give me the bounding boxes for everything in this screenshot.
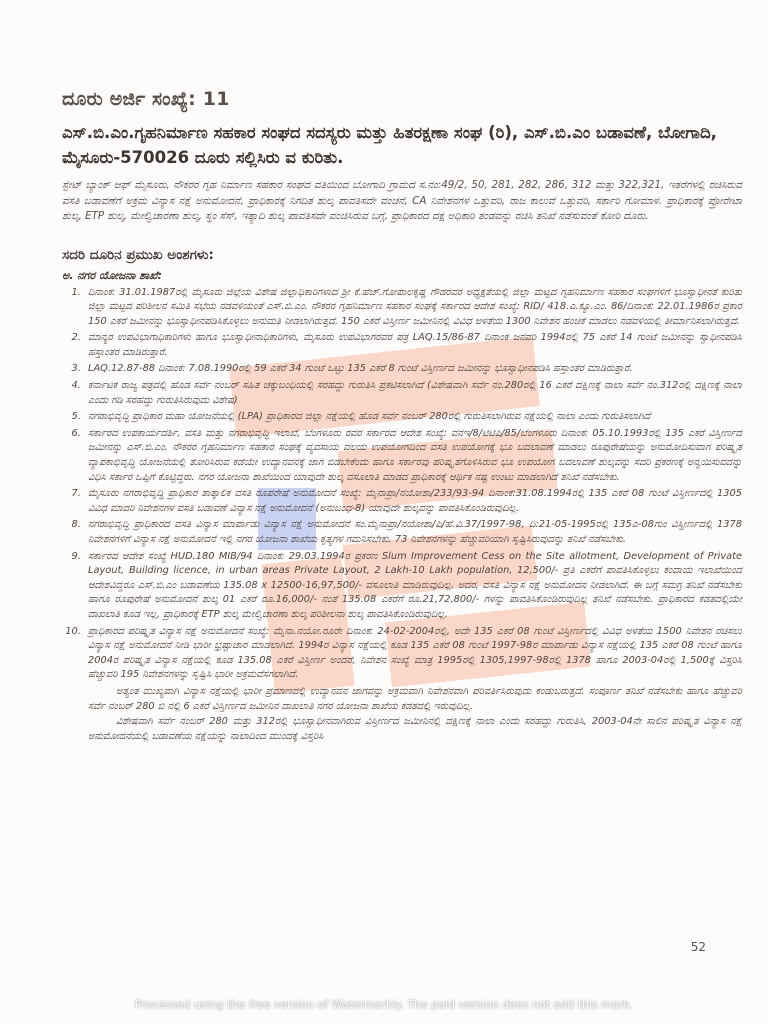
list-item: ಸರ್ಕಾರದ ಉಪಕಾರ್ಯದರ್ಶಿ, ವಸತಿ ಮತ್ತು ನಗರಾಭಿವ… (84, 427, 742, 485)
list-item: ಕರ್ನಾಟಕ ರಾಜ್ಯ ಪತ್ರದಲ್ಲಿ ಹೊಡ ಸರ್ವೆ ನಂಬರ್ … (84, 379, 742, 408)
complaint-summary: ಸ್ಟೇಟ್ ಬ್ಯಾಂಕ್ ಆಫ್ ಮೈಸೂರು, ನೌಕರರ ಗೃಹ ನಿರ… (62, 178, 742, 225)
list-item: ಮೈಸೂರು ನಗರಾಭಿವೃದ್ಧಿ ಪ್ರಾಧಿಕಾರ ತಾತ್ಕಾಲಿಕ … (84, 487, 742, 516)
list-item: ಮಾನ್ಯರ ಉಪವಿಭಾಗಾಧಿಕಾರಿಗಳು ಹಾಗೂ ಭೂಸ್ವಾಧೀನಾ… (84, 331, 742, 360)
document-page: ದೂರು ಅರ್ಜಿ ಸಂಖ್ಯೆ: 11 ಎಸ್.ಬಿ.ಎಂ.ಗೃಹನಿರ್ಮ… (0, 0, 768, 1024)
points-list: ದಿನಾಂಕ: 31.01.1987ರಲ್ಲಿ ಮೈಸೂರು ಜಿಲ್ಲೆಯ ವ… (62, 286, 742, 683)
complaint-subject: ಎಸ್.ಬಿ.ಎಂ.ಗೃಹನಿರ್ಮಾಣ ಸಹಕಾರ ಸಂಘದ ಸದಸ್ಯರು … (62, 120, 742, 170)
list-item: ದಿನಾಂಕ: 31.01.1987ರಲ್ಲಿ ಮೈಸೂರು ಜಿಲ್ಲೆಯ ವ… (84, 286, 742, 330)
body-paragraph: ಅತ್ಯಂತ ಮುಖ್ಯವಾಗಿ ವಿನ್ಯಾಸ ನಕ್ಷೆಯಲ್ಲಿ ಭಾರೀ… (88, 685, 742, 714)
section-title: ಸದರಿ ದೂರಿನ ಪ್ರಮುಖ ಅಂಶಗಳು: (62, 247, 742, 263)
list-item: ನಗರಾಭಿವೃದ್ಧಿ ಪ್ರಾಧಿಕಾರದ ವಸತಿ ವಿನ್ಯಾಸ ಮಾರ… (84, 518, 742, 547)
list-item: LAQ.12.87-88 ದಿನಾಂಕ: 7.08.1990ರಲ್ಲಿ 59 ಎ… (84, 362, 742, 377)
complaint-number-heading: ದೂರು ಅರ್ಜಿ ಸಂಖ್ಯೆ: 11 (62, 88, 742, 110)
body-paragraph: ವಿಶೇಷವಾಗಿ ಸರ್ವೆ ನಂಬರ್ 280 ಮತ್ತು 312ರಲ್ಲಿ… (88, 715, 742, 744)
list-item: ನಗರಾಭಿವೃದ್ಧಿ ಪ್ರಾಧಿಕಾರ ಮಹಾ ಯೋಜನೆಯಲ್ಲಿ (L… (84, 410, 742, 425)
document-content: ದೂರು ಅರ್ಜಿ ಸಂಖ್ಯೆ: 11 ಎಸ್.ಬಿ.ಎಂ.ಗೃಹನಿರ್ಮ… (62, 88, 742, 745)
page-number: 52 (691, 940, 706, 954)
list-item: ಪ್ರಾಧಿಕಾರದ ಪರಿಷ್ಕೃತ ವಿನ್ಯಾಸ ನಕ್ಷೆ ಅನುಮೋದ… (84, 625, 742, 683)
watermark-footer-text: Processed using the free version of Wate… (0, 998, 768, 1011)
subsection-title: ಅ. ನಗರ ಯೋಜನಾ ಶಾಖೆ: (62, 269, 742, 283)
list-item: ಸರ್ಕಾರದ ಆದೇಶ ಸಂಖ್ಯೆ HUD.180 MIB/94 ದಿನಾಂ… (84, 550, 742, 623)
